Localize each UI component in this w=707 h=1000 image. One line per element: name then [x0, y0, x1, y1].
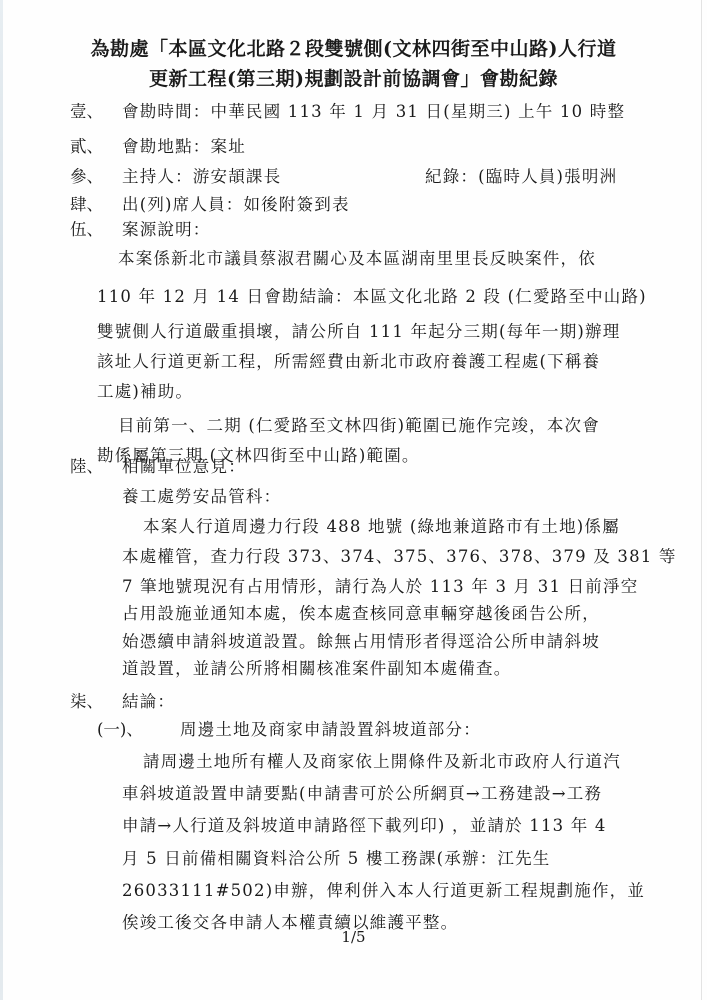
section-7-sub1-para-line: 26033111#502)申辦，俾利併入本人行道更新工程規劃施作，並 [122, 877, 645, 901]
section-6-para-line: 本處權管，查力行段 373、374、375、376、378、379 及 381 … [122, 543, 677, 567]
document-title-line-2: 更新工程(第三期)規劃設計前協調會」會勘紀錄 [0, 64, 707, 91]
section-4-number: 肆、 [70, 191, 103, 215]
section-3-recorder: 紀錄：(臨時人員)張明洲 [425, 163, 617, 187]
section-7-sub1-para-line: 申請→人行道及斜坡道申請路徑下載列印) ，並請於 113 年 4 [122, 812, 607, 836]
section-6-para-line: 道設置，並請公所將相關核准案件副知本處備查。 [122, 655, 511, 679]
section-6-heading: 相關單位意見： [122, 453, 246, 477]
section-7-sub1-para-line: 請周邊土地所有權人及商家依上開條件及新北市政府人行道汽 [143, 748, 621, 772]
section-7-sub1-heading: 周邊土地及商家申請設置斜坡道部分： [180, 716, 481, 740]
section-5-para1-line: 本案係新北市議員蔡淑君關心及本區湖南里里長反映案件，依 [118, 245, 596, 269]
section-5-heading: 案源說明： [122, 216, 211, 240]
section-7-heading: 結論： [122, 688, 175, 712]
section-5-para1-line: 雙號側人行道嚴重損壞，請公所自 111 年起分三期(每年一期)辦理 [97, 318, 620, 342]
section-7-sub1-number: (一)、 [97, 716, 143, 740]
section-2-number: 貳、 [70, 133, 103, 157]
section-5-number: 伍、 [70, 216, 103, 240]
section-5-para1-line: 該址人行道更新工程，所需經費由新北市政府養護工程處(下稱養 [97, 348, 600, 372]
document-page: 為勘處「本區文化北路２段雙號側(文林四街至中山路)人行道 更新工程(第三期)規劃… [0, 0, 707, 1000]
section-2-meeting-location: 會勘地點：案址 [122, 133, 246, 157]
section-1-number: 壹、 [70, 98, 103, 122]
section-7-number: 柒、 [70, 688, 103, 712]
section-1-meeting-time: 會勘時間：中華民國 113 年 1 月 31 日(星期三) 上午 10 時整 [122, 98, 625, 122]
section-6-number: 陸、 [70, 453, 103, 477]
section-6-para-line: 始憑續申請斜坡道設置。餘無占用情形者得逕洽公所申請斜坡 [122, 628, 600, 652]
section-6-para-line: 7 筆地號現況有占用情形，請行為人於 113 年 3 月 31 日前淨空 [122, 573, 638, 597]
section-6-unit-name: 養工處勞安品管科： [122, 483, 281, 507]
section-7-sub1-para-line: 車斜坡道設置申請要點(申請書可於公所網頁→工務建設→工務 [122, 780, 602, 804]
section-6-para-line: 本案人行道周邊力行段 488 地號 (綠地兼道路市有土地)係屬 [143, 513, 620, 537]
section-5-para2-line: 目前第一、二期 (仁愛路至文林四街)範圍已施作完竣，本次會 [118, 412, 600, 436]
section-4-attendees: 出(列)席人員：如後附簽到表 [122, 191, 350, 215]
scan-edge-right [701, 0, 702, 1000]
page-number: 1/5 [0, 928, 707, 946]
section-6-para-line: 占用設施並通知本處，俟本處查核同意車輛穿越後函告公所， [122, 600, 600, 624]
section-3-host: 主持人：游安頡課長 [122, 163, 281, 187]
section-7-sub1-para-line: 月 5 日前備相關資料洽公所 5 樓工務課(承辦：江先生 [122, 845, 551, 869]
section-5-para1-line: 110 年 12 月 14 日會勘結論：本區文化北路 2 段 (仁愛路至中山路) [97, 283, 647, 307]
document-title-line-1: 為勘處「本區文化北路２段雙號側(文林四街至中山路)人行道 [0, 34, 707, 61]
section-5-para1-line: 工處)補助。 [97, 378, 193, 402]
scan-edge-left [0, 0, 3, 1000]
section-3-number: 參、 [70, 163, 103, 187]
